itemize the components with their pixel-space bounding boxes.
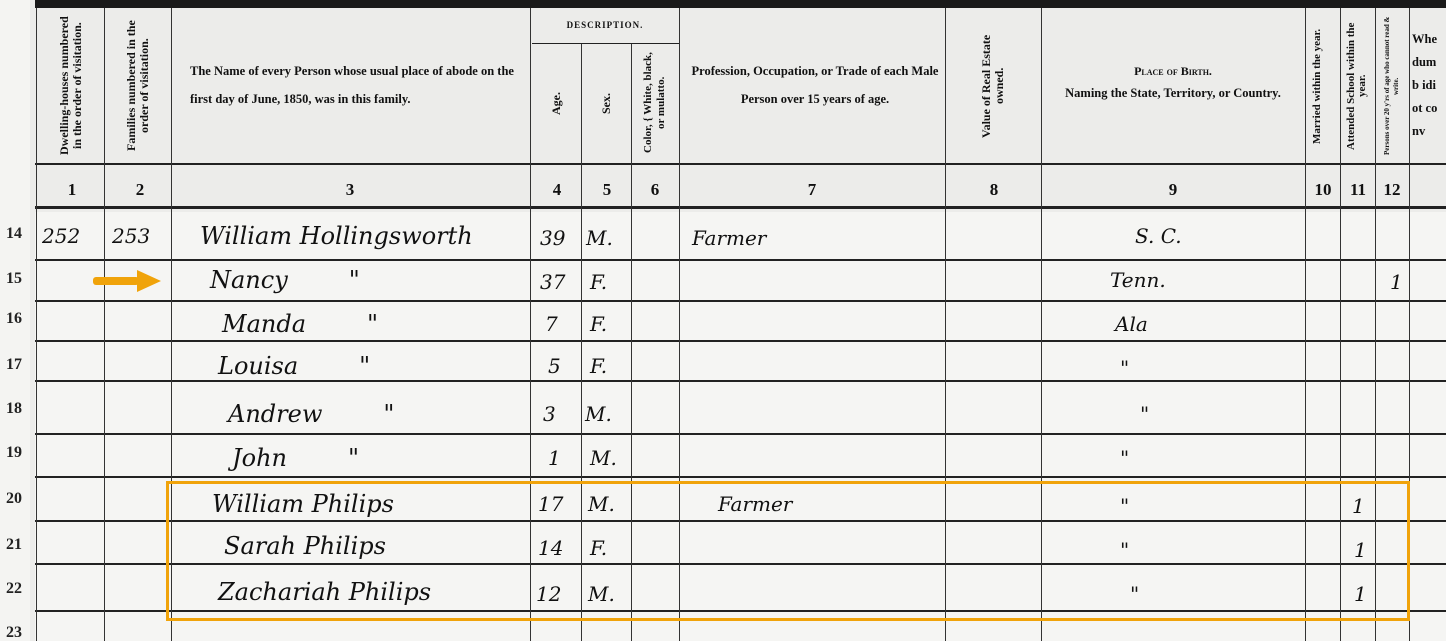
- colnum-12: 12: [1384, 180, 1401, 200]
- person-birthplace: Tenn.: [1110, 268, 1166, 292]
- illiterate-mark: 1: [1390, 270, 1403, 294]
- line-number: 16: [6, 310, 22, 328]
- header-color: Color, { White, black, or mulatto.: [632, 44, 678, 162]
- colnum-1: 1: [68, 180, 77, 200]
- person-birthplace: ": [1120, 356, 1129, 380]
- header-birthplace: Place of Birth. Naming the State, Territ…: [1045, 30, 1301, 140]
- person-name: Manda ": [222, 310, 378, 338]
- rule-line-16: [35, 340, 1446, 342]
- line-number: 18: [6, 400, 22, 418]
- header-description-group: DESCRIPTION.: [532, 10, 678, 40]
- rule-colnum-bottom: [35, 206, 1446, 209]
- person-name: William Hollingsworth: [200, 222, 473, 250]
- line-number: 21: [6, 536, 22, 554]
- person-age: 39: [540, 226, 565, 250]
- colnum-10: 10: [1315, 180, 1332, 200]
- person-age: 37: [540, 270, 565, 294]
- person-name: Andrew ": [228, 400, 394, 428]
- colnum-2: 2: [136, 180, 145, 200]
- rule-line-17: [35, 380, 1446, 382]
- header-name: The Name of every Person whose usual pla…: [190, 30, 520, 140]
- person-occupation: Farmer: [692, 226, 766, 250]
- person-birthplace: S. C.: [1135, 224, 1182, 248]
- header-illiterate: Persons over 20 y'rs of age who cannot r…: [1376, 10, 1408, 162]
- person-birthplace: Ala: [1115, 312, 1148, 336]
- person-sex: M.: [586, 226, 613, 250]
- line-number: 22: [6, 580, 22, 598]
- header-real-estate: Value of Real Estate owned.: [948, 10, 1038, 162]
- line-number: 17: [6, 356, 22, 374]
- top-border: [35, 0, 1446, 8]
- colnum-8: 8: [990, 180, 999, 200]
- person-sex: M.: [585, 402, 612, 426]
- colnum-7: 7: [808, 180, 817, 200]
- header-occupation: Profession, Occupation, or Trade of each…: [690, 30, 940, 140]
- vrule-1: [104, 8, 105, 641]
- family-number: 253: [112, 224, 150, 248]
- colnum-5: 5: [603, 180, 612, 200]
- colnum-11: 11: [1350, 180, 1366, 200]
- person-name: John ": [232, 444, 359, 472]
- line-number: 15: [6, 270, 22, 288]
- rule-desc-group: [532, 43, 679, 44]
- person-sex: F.: [590, 270, 607, 294]
- line-number: 23: [6, 624, 22, 641]
- person-sex: F.: [590, 312, 607, 336]
- person-birthplace: ": [1120, 446, 1129, 470]
- dwelling-number: 252: [42, 224, 80, 248]
- header-married: Married within the year.: [1306, 10, 1328, 162]
- vrule-left: [36, 8, 37, 641]
- header-family: Families numbered in the order of visita…: [106, 10, 170, 162]
- highlight-box-philips-children: [166, 481, 1410, 621]
- rule-line-19: [35, 476, 1446, 478]
- person-birthplace: ": [1140, 402, 1149, 426]
- person-age: 7: [545, 312, 558, 336]
- colnum-9: 9: [1169, 180, 1178, 200]
- person-name: Louisa ": [218, 352, 370, 380]
- line-number: 19: [6, 444, 22, 462]
- colnum-3: 3: [346, 180, 355, 200]
- person-name: Nancy ": [210, 266, 360, 294]
- colnum-6: 6: [651, 180, 660, 200]
- person-age: 3: [543, 402, 556, 426]
- header-dwelling: Dwelling-houses numbered in the order of…: [38, 10, 104, 162]
- header-deaf-dumb-partial: Whe dumb idiot conv: [1412, 30, 1446, 140]
- person-age: 1: [548, 446, 561, 470]
- person-age: 5: [548, 354, 561, 378]
- rule-line-18: [35, 433, 1446, 435]
- header-school: Attended School within the year.: [1340, 10, 1374, 162]
- person-sex: F.: [590, 354, 607, 378]
- rule-header-bottom: [35, 163, 1446, 165]
- rule-line-15: [35, 300, 1446, 302]
- rule-line-14: [35, 259, 1446, 261]
- line-number: 14: [6, 225, 22, 243]
- header-sex: Sex.: [582, 44, 630, 162]
- colnum-4: 4: [553, 180, 562, 200]
- line-number: 20: [6, 490, 22, 508]
- arrow-annotation-icon: [93, 270, 161, 292]
- header-age: Age.: [532, 44, 580, 162]
- person-sex: M.: [590, 446, 617, 470]
